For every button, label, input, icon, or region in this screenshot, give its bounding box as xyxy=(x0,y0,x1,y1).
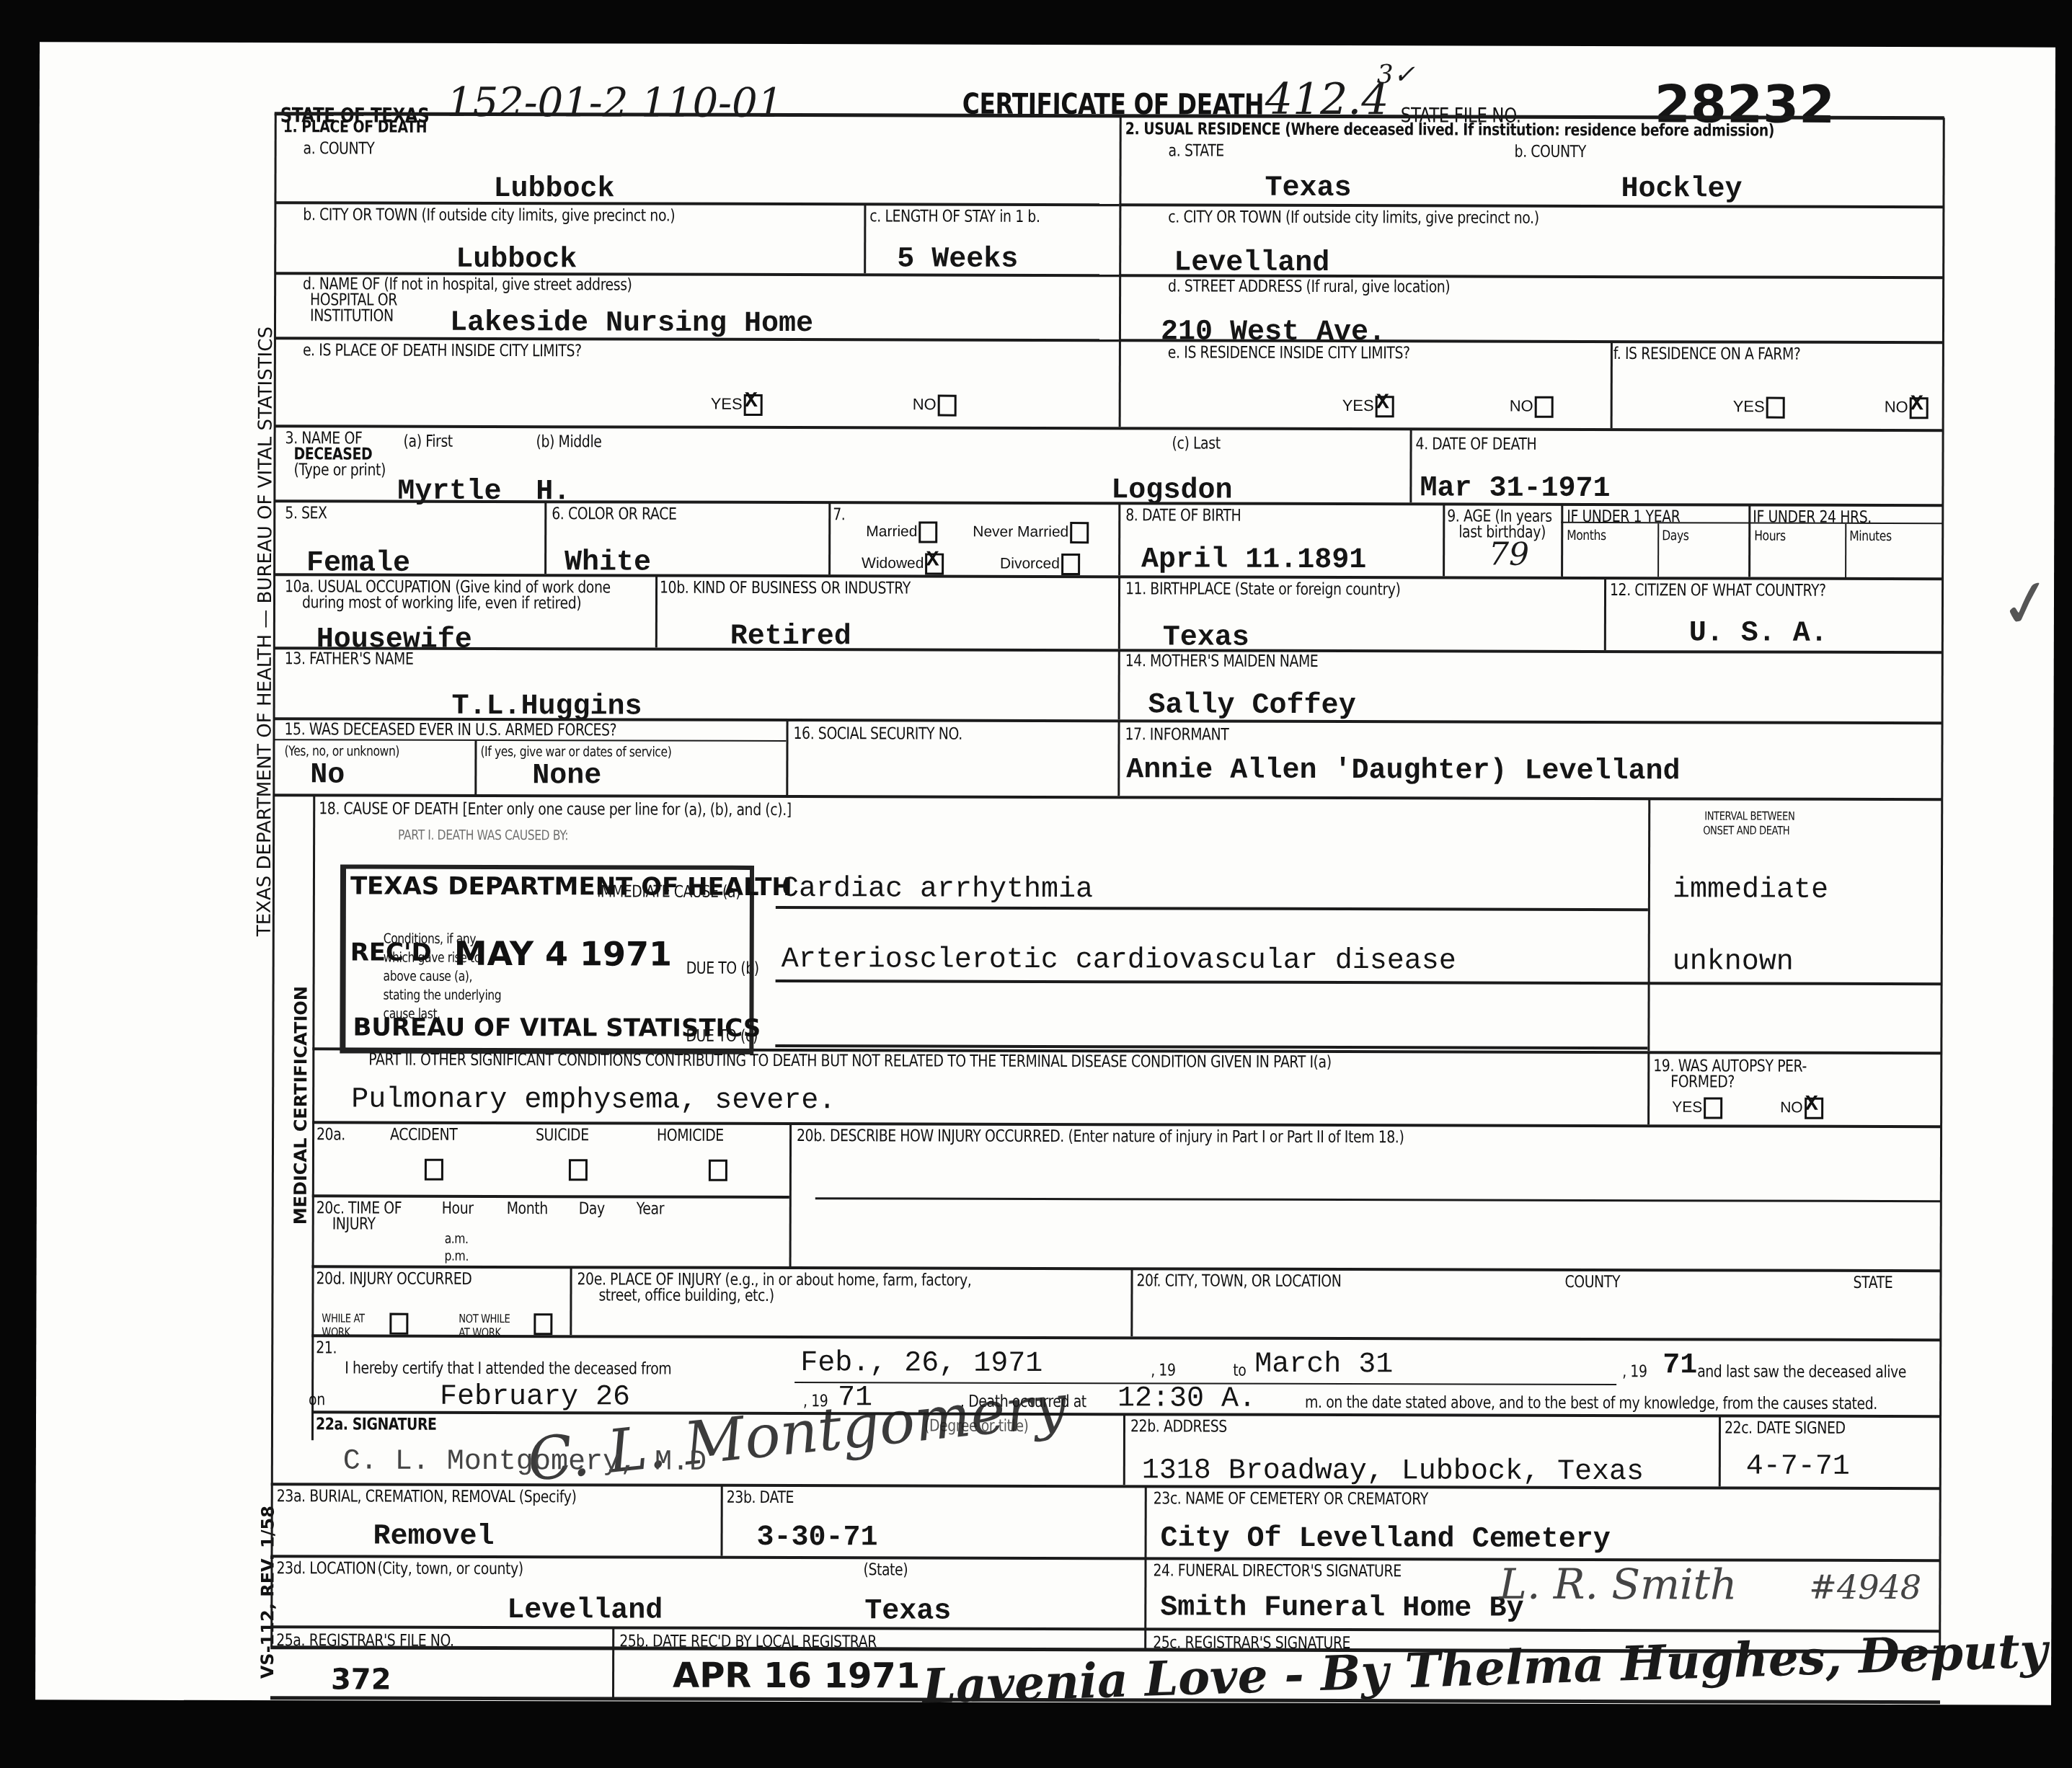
rule xyxy=(828,502,831,574)
rule xyxy=(544,502,546,574)
rule xyxy=(1443,504,1445,576)
rule xyxy=(570,1267,572,1335)
sex-label: 5. SEX xyxy=(285,504,327,523)
immediate-interval: immediate xyxy=(1673,874,1828,907)
interval-label-2: ONSET AND DEATH xyxy=(1703,823,1789,837)
stamp-rec-label: REC'D xyxy=(350,938,432,967)
first-name: Myrtle xyxy=(397,476,501,508)
injury-occurred-label: 20d. INJURY OCCURRED xyxy=(316,1269,471,1289)
city-label: b. CITY OR TOWN (If outside city limits,… xyxy=(303,205,675,225)
married-checkbox[interactable] xyxy=(918,522,937,543)
no-label: NO xyxy=(1885,398,1908,416)
funeral-director-label: 24. FUNERAL DIRECTOR'S SIGNATURE xyxy=(1153,1561,1401,1581)
part2-conditions: Pulmonary emphysema, severe. xyxy=(351,1083,836,1117)
informant-label: 17. INFORMANT xyxy=(1125,725,1228,744)
cause-of-death-label: 18. CAUSE OF DEATH [Enter only one cause… xyxy=(319,799,792,819)
yes-label: YES xyxy=(1672,1099,1702,1116)
date-of-birth: April 11.1891 xyxy=(1141,543,1366,577)
rule xyxy=(311,795,315,1440)
rule xyxy=(789,1124,792,1266)
death-time: 12:30 A. xyxy=(1117,1382,1256,1416)
certificate-paper: STATE OF TEXAS 152-01-2 110-01 CERTIFICA… xyxy=(35,42,2055,1705)
handwritten-superscript: 3✓ xyxy=(1377,60,1415,89)
rule xyxy=(1118,650,1120,719)
stamp-line1: TEXAS DEPARTMENT OF HEALTH xyxy=(350,871,792,902)
date-of-death: Mar 31-1971 xyxy=(1420,472,1610,505)
physician-name: C. L. Montgomery, M.D xyxy=(343,1445,707,1478)
on-label: on xyxy=(309,1390,325,1409)
rule xyxy=(1117,721,1120,796)
location-city: Levelland xyxy=(507,1594,663,1627)
date-signed-label: 22c. DATE SIGNED xyxy=(1725,1418,1846,1437)
yes-checkbox-checked[interactable] xyxy=(1376,396,1394,417)
informant: Annie Allen 'Daughter) Levelland xyxy=(1126,754,1680,788)
res-state-label: a. STATE xyxy=(1169,141,1224,160)
married-option[interactable]: Married xyxy=(866,521,937,543)
rule xyxy=(612,1627,614,1698)
location-city-label: (City, town, or county) xyxy=(377,1560,523,1579)
industry-label: 10b. KIND OF BUSINESS OR INDUSTRY xyxy=(660,579,911,598)
no-label: NO xyxy=(1780,1099,1803,1116)
armed-sub-label: (Yes, no, or unknown) xyxy=(284,743,399,759)
rule xyxy=(786,720,788,795)
institution-name: Lakeside Nursing Home xyxy=(450,307,813,340)
no-checkbox-checked[interactable] xyxy=(1805,1098,1823,1119)
disposition-date: 3-30-71 xyxy=(757,1522,878,1554)
armed-service: None xyxy=(532,760,601,792)
never-married-option[interactable]: Never Married xyxy=(973,522,1089,543)
rule xyxy=(312,1265,1942,1272)
institution-label-3: INSTITUTION xyxy=(310,306,394,325)
length-of-stay: 5 Weeks xyxy=(897,243,1018,275)
mother-label: 14. MOTHER'S MAIDEN NAME xyxy=(1125,652,1319,671)
rule xyxy=(274,739,786,742)
not-while-at-work-checkbox[interactable] xyxy=(534,1313,552,1335)
rule xyxy=(474,741,477,794)
injury-20a-label: 20a. xyxy=(316,1125,345,1144)
stamp-date: MAY 4 1971 xyxy=(454,934,672,974)
res-county-label: b. COUNTY xyxy=(1515,143,1586,161)
rule xyxy=(776,906,1648,911)
cert-21-label: 21. xyxy=(316,1338,337,1357)
registrar-file-no: 372 xyxy=(331,1663,391,1696)
while-at-work-checkbox[interactable] xyxy=(389,1313,408,1335)
physician-address: 1318 Broadway, Lubbock, Texas xyxy=(1142,1454,1644,1488)
widowed-checkbox-checked[interactable] xyxy=(925,554,944,575)
place-of-death-label: 1. PLACE OF DEATH xyxy=(283,117,427,137)
dob-label: 8. DATE OF BIRTH xyxy=(1125,506,1241,525)
stay-label: c. LENGTH OF STAY in 1 b. xyxy=(869,207,1047,226)
widowed-label: Widowed xyxy=(862,555,924,572)
dod-label: 4. DATE OF DEATH xyxy=(1416,435,1537,453)
pm-label: p.m. xyxy=(445,1248,469,1264)
place-of-injury-label-2: street, office building, etc.) xyxy=(598,1286,774,1305)
occupation-label-2: during most of working life, even if ret… xyxy=(302,593,581,613)
day-label: Day xyxy=(579,1199,605,1218)
rule xyxy=(1647,799,1650,1051)
injury-20b-label: 20b. DESCRIBE HOW INJURY OCCURRED. (Ente… xyxy=(797,1127,1404,1147)
rule xyxy=(1118,503,1120,575)
rule xyxy=(1118,577,1120,649)
first-name-label: (a) First xyxy=(404,432,453,451)
no-checkbox-checked[interactable] xyxy=(1910,397,1929,419)
last-name-label: (c) Last xyxy=(1172,434,1221,453)
attended-from-date: Feb., 26, 1971 xyxy=(800,1347,1042,1380)
rule xyxy=(1748,505,1750,577)
date-received-label: 25b. DATE REC'D BY LOCAL REGISTRAR xyxy=(619,1632,877,1651)
month-label: Month xyxy=(507,1199,548,1218)
attended-to-date: March 31 xyxy=(1254,1349,1393,1382)
rule xyxy=(864,204,866,273)
medical-certification-label: MEDICAL CERTIFICATION xyxy=(291,986,311,1225)
divorced-option[interactable]: Divorced xyxy=(1000,554,1080,575)
minutes-label: Minutes xyxy=(1849,528,1892,544)
rule xyxy=(1611,342,1613,428)
armed-forces-label: 15. WAS DECEASED EVER IN U.S. ARMED FORC… xyxy=(284,720,616,739)
rule xyxy=(1144,1486,1147,1649)
injury-city-label: 20f. CITY, TOWN, OR LOCATION xyxy=(1136,1271,1341,1291)
widowed-option[interactable]: Widowed xyxy=(862,553,944,574)
rule xyxy=(1561,505,1563,577)
accident-label: ACCIDENT xyxy=(390,1126,457,1145)
location-label: 23d. LOCATION xyxy=(276,1559,376,1578)
year-label: Year xyxy=(637,1200,664,1219)
armed-service-label: (If yes, give war or dates of service) xyxy=(480,744,671,760)
divider-1-2 xyxy=(1119,115,1122,427)
under-24-label: IF UNDER 24 HRS. xyxy=(1753,508,1872,527)
received-stamp: TEXAS DEPARTMENT OF HEALTH REC'D MAY 4 1… xyxy=(340,864,754,1054)
cemetery-name: City Of Levelland Cemetery xyxy=(1161,1522,1611,1556)
yes-checkbox[interactable] xyxy=(1766,397,1785,419)
farm-label: f. IS RESIDENCE ON A FARM? xyxy=(1613,345,1801,364)
citizen: U. S. A. xyxy=(1689,617,1828,650)
rule xyxy=(776,979,1942,985)
no-label: NO xyxy=(1510,396,1533,414)
married-label: Married xyxy=(866,523,917,540)
under-1-year-label: IF UNDER 1 YEAR xyxy=(1567,507,1680,526)
homicide-label: HOMICIDE xyxy=(657,1127,724,1145)
age: 79 xyxy=(1489,536,1529,573)
immediate-cause: Cardiac arrhythmia xyxy=(782,873,1093,906)
never-married-checkbox[interactable] xyxy=(1070,522,1089,543)
usual-residence-label: 2. USUAL RESIDENCE (Where deceased lived… xyxy=(1125,120,1774,140)
res-county: Hockley xyxy=(1621,173,1742,205)
frame-right xyxy=(1939,117,1945,1651)
rule xyxy=(1123,1414,1125,1485)
res-inside-limits-yes[interactable]: YES xyxy=(1342,396,1394,417)
birthplace-label: 11. BIRTHPLACE (State or foreign country… xyxy=(1125,579,1400,599)
rule xyxy=(275,425,1944,432)
nineteen-2: , 19 xyxy=(1622,1362,1647,1381)
rule xyxy=(721,1485,723,1556)
injury-state-label: STATE xyxy=(1853,1274,1892,1292)
suicide-checkbox[interactable] xyxy=(569,1159,588,1181)
middle-name-label: (b) Middle xyxy=(536,432,602,451)
due-to-b-interval: unknown xyxy=(1673,946,1794,978)
form-number: VS-112, REV. 1/58 xyxy=(257,1506,278,1679)
funeral-home: Smith Funeral Home By xyxy=(1160,1591,1523,1625)
attended-to-year: 71 xyxy=(1663,1349,1697,1382)
armed-forces: No xyxy=(310,759,345,791)
rule xyxy=(1647,1052,1650,1124)
nineteen-1: , 19 xyxy=(1151,1361,1175,1380)
time-of-injury-label-2: INJURY xyxy=(332,1214,376,1233)
handwritten-codes: 152-01-2 110-01 xyxy=(447,79,784,127)
am-label: a.m. xyxy=(445,1231,469,1247)
burial-type: Removel xyxy=(373,1521,495,1553)
injury-county-label: COUNTY xyxy=(1564,1273,1620,1292)
rule xyxy=(655,576,658,648)
autopsy-no[interactable]: NO xyxy=(1780,1098,1823,1119)
days-label: Days xyxy=(1662,528,1688,543)
registrar-file-label: 25a. REGISTRAR'S FILE NO. xyxy=(276,1631,454,1651)
location-state: Texas xyxy=(864,1595,951,1627)
rule xyxy=(1130,1269,1133,1336)
rule xyxy=(275,499,1943,507)
father-label: 13. FATHER'S NAME xyxy=(285,649,414,668)
no-checkbox[interactable] xyxy=(1535,396,1554,418)
funeral-director-signature: L. R. Smith xyxy=(1499,1560,1737,1609)
date-signed: 4-7-71 xyxy=(1746,1451,1850,1483)
months-label: Months xyxy=(1567,528,1606,543)
divorced-checkbox[interactable] xyxy=(1061,554,1080,575)
to-label: to xyxy=(1233,1361,1246,1380)
hour-label: Hour xyxy=(442,1199,474,1218)
stamp-line3: BUREAU OF VITAL STATISTICS xyxy=(353,1013,761,1042)
name-label-3: (Type or print) xyxy=(293,461,386,479)
yes-checkbox-checked[interactable] xyxy=(744,394,763,416)
res-inside-limits-label: e. IS RESIDENCE INSIDE CITY LIMITS? xyxy=(1168,343,1410,363)
no-label: NO xyxy=(913,395,937,413)
burial-label: 23a. BURIAL, CREMATION, REMOVAL (Specify… xyxy=(277,1487,577,1506)
farm-no[interactable]: NO xyxy=(1885,397,1929,419)
inside-limits-label: e. IS PLACE OF DEATH INSIDE CITY LIMITS? xyxy=(303,341,582,360)
death-city: Lubbock xyxy=(456,244,577,276)
middle-name: H. xyxy=(536,476,570,508)
rule xyxy=(1845,524,1846,577)
rule xyxy=(270,1625,1940,1632)
homicide-checkbox[interactable] xyxy=(709,1160,727,1181)
autopsy-yes[interactable]: YES xyxy=(1672,1097,1722,1119)
marital-label: 7. xyxy=(833,505,845,524)
yes-checkbox[interactable] xyxy=(1704,1097,1722,1119)
rule xyxy=(815,1197,1942,1202)
accident-checkbox[interactable] xyxy=(425,1159,443,1181)
rule xyxy=(311,1334,1941,1341)
rule xyxy=(1409,429,1412,502)
yes-label: YES xyxy=(1733,397,1765,415)
cert-text-3: m. on the date stated above, and to the … xyxy=(1305,1393,1877,1413)
address-label: 22b. ADDRESS xyxy=(1130,1417,1227,1436)
res-inside-limits-no[interactable]: NO xyxy=(1510,396,1554,418)
res-state: Texas xyxy=(1265,172,1351,205)
date-received: APR 16 1971 xyxy=(673,1656,920,1697)
rule xyxy=(1657,523,1659,577)
cert-text-2: and last saw the deceased alive xyxy=(1697,1362,1906,1382)
citizen-label: 12. CITIZEN OF WHAT COUNTRY? xyxy=(1610,581,1826,600)
death-inside-limits-yes[interactable]: YES xyxy=(711,394,763,416)
mother-name: Sally Coffey xyxy=(1148,689,1356,722)
death-inside-limits-no[interactable]: NO xyxy=(913,395,957,417)
funeral-license: #4948 xyxy=(1809,1568,1921,1607)
no-checkbox[interactable] xyxy=(938,395,957,417)
cemetery-label: 23c. NAME OF CEMETERY OR CREMATORY xyxy=(1154,1489,1428,1509)
part2-label: PART II. OTHER SIGNIFICANT CONDITIONS CO… xyxy=(368,1051,1331,1072)
yes-label: YES xyxy=(1342,396,1374,414)
interval-label: INTERVAL BETWEEN xyxy=(1704,809,1794,822)
rule xyxy=(1604,578,1606,650)
rule xyxy=(1719,1416,1721,1486)
disposition-date-label: 23b. DATE xyxy=(727,1488,794,1507)
suicide-label: SUICIDE xyxy=(536,1126,589,1145)
ssn-label: 16. SOCIAL SECURITY NO. xyxy=(793,724,962,744)
race-label: 6. COLOR OR RACE xyxy=(552,505,676,523)
farm-yes[interactable]: YES xyxy=(1733,396,1785,418)
due-to-b: Arteriosclerotic cardiovascular disease xyxy=(782,943,1456,977)
county-label: a. COUNTY xyxy=(304,139,375,158)
checkmark-icon: ✓ xyxy=(1993,562,2060,646)
part1-label: PART I. DEATH WAS CAUSED BY: xyxy=(398,827,568,844)
death-county: Lubbock xyxy=(493,173,614,205)
last-seen-date: February 26 xyxy=(440,1381,630,1414)
res-city-label: c. CITY OR TOWN (If outside city limits,… xyxy=(1168,208,1538,227)
location-state-label: (State) xyxy=(863,1560,908,1579)
res-street-label: d. STREET ADDRESS (If rural, give locati… xyxy=(1168,277,1450,296)
autopsy-label-2: FORMED? xyxy=(1670,1072,1735,1091)
divorced-label: Divorced xyxy=(1000,555,1060,572)
never-married-label: Never Married xyxy=(973,523,1068,540)
yes-label: YES xyxy=(711,395,743,413)
hours-label: Hours xyxy=(1754,528,1786,544)
rule xyxy=(312,1194,789,1199)
cert-text-1: I hereby certify that I attended the dec… xyxy=(345,1359,671,1378)
signature-label: 22a. SIGNATURE xyxy=(316,1415,437,1434)
